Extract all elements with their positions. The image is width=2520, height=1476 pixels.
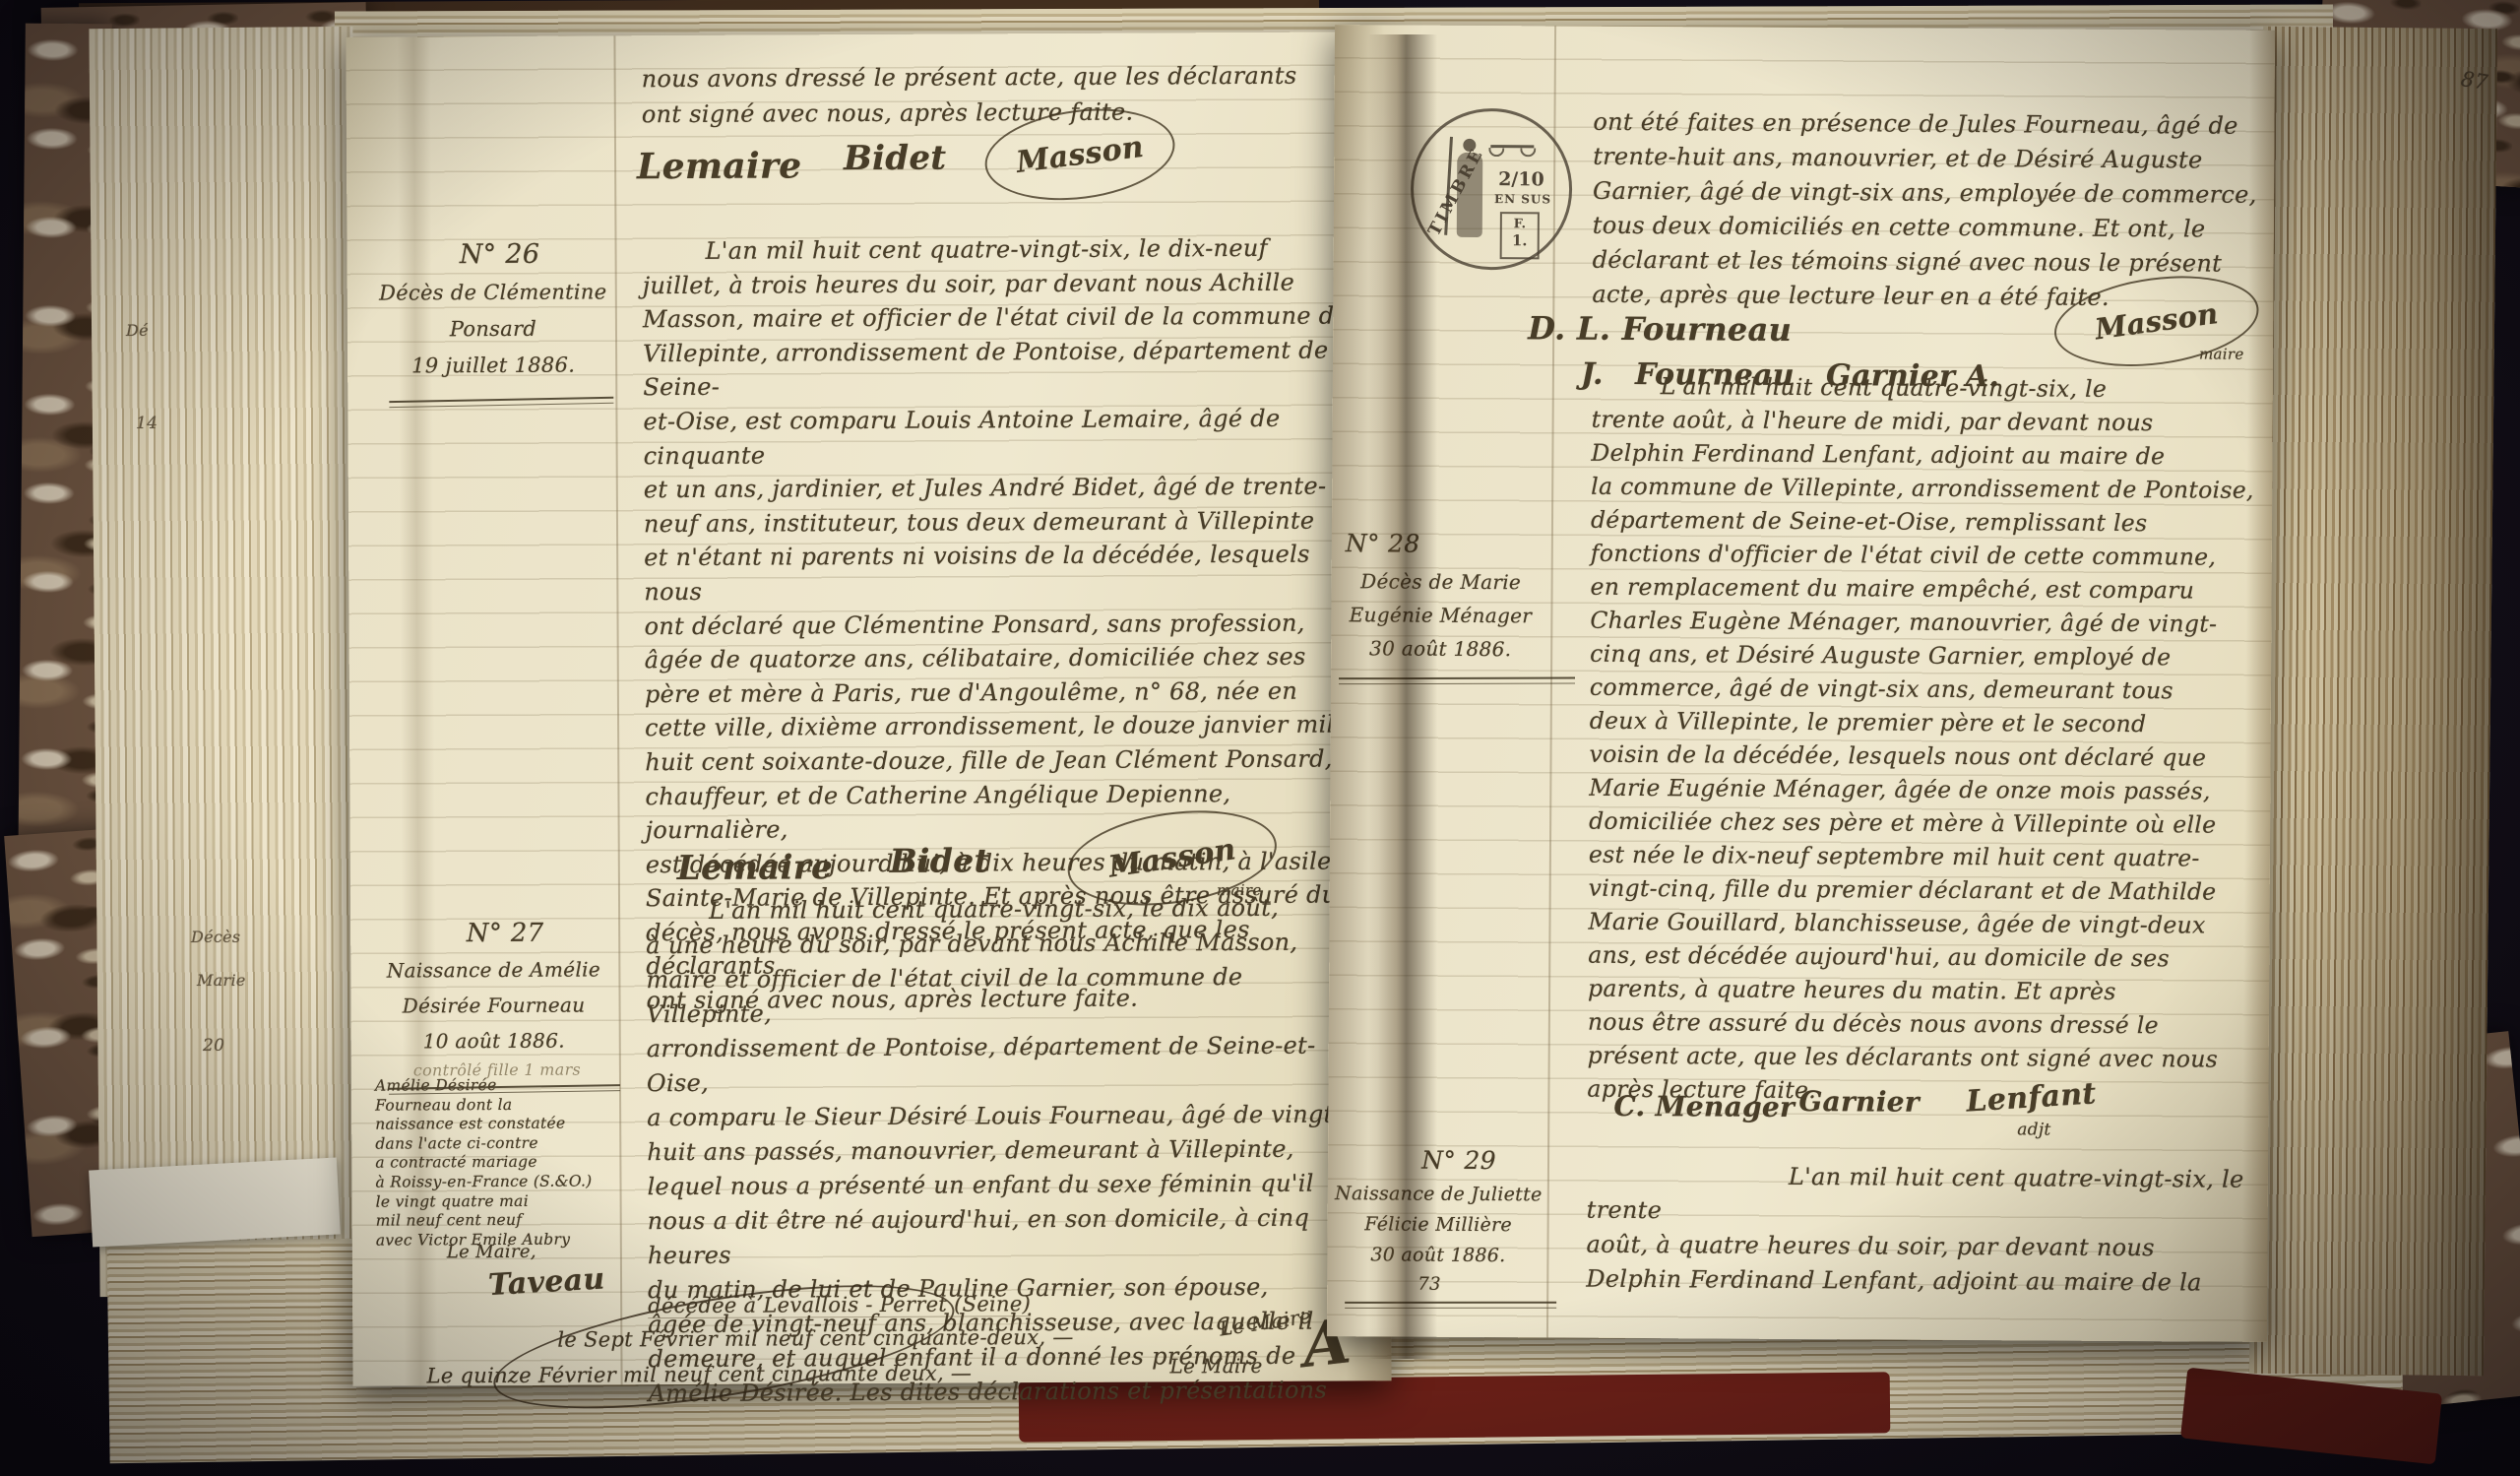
marriage-note-closing: Le Maire, (447, 1242, 536, 1262)
left-page: nous avons dressé le présent acte, que l… (346, 32, 1391, 1386)
signature-masson: Masson (1014, 129, 1145, 179)
death-note-line3: Le quinze Février mil neuf cent cinquant… (426, 1361, 972, 1387)
act29-body: L'an mil huit cent quatre-vingt-six, le … (1586, 1159, 2266, 1301)
act29-number: N° 29 (1375, 1145, 1543, 1175)
page-stack-fore-edge (2249, 27, 2497, 1376)
edge-fragment: 14 (136, 414, 157, 433)
act26-margin-text: Décès de Clémentine Ponsard 19 juillet 1… (361, 274, 626, 384)
act27-number: N° 27 (402, 918, 608, 948)
signature-taveau: Taveau (487, 1261, 605, 1303)
signature-masson-title: maire (2199, 345, 2244, 362)
signature-bidet: Bidet (844, 139, 946, 179)
stamp-ensus: EN SUS (1494, 192, 1551, 206)
register-photo: Dé 14 Décès Marie 20 nous avons dressé l… (0, 0, 2520, 1476)
signature-fourneau-father: D. L. Fourneau (1528, 309, 1792, 349)
signature-lemaire: Lemaire (677, 848, 833, 888)
edge-fragment: 20 (203, 1036, 224, 1056)
margin-divider (1345, 1302, 1556, 1309)
edge-fragment: Décès (191, 928, 240, 946)
page-stack-left (89, 27, 363, 1297)
signature-garnier: Garnier (1798, 1085, 1920, 1119)
edge-fragment: Dé (126, 321, 149, 340)
act27-margin-text: Naissance de Amélie Désirée Fourneau 10 … (360, 951, 627, 1059)
signature-bidet: Bidet (890, 841, 989, 880)
stamp-currency: F. (1502, 217, 1538, 231)
act28-body: L'an mil huit cent quatre-vingt-six, le … (1587, 369, 2271, 1110)
death-note-line2: le Sept Février mil neuf cent cinquante-… (557, 1325, 1073, 1352)
signature-lenfant-title: adjt (2017, 1120, 2050, 1139)
act25-closing-lines: nous avons dressé le présent acte, que l… (642, 57, 1341, 132)
signature-masson: Masson (2093, 296, 2220, 346)
signature-lemaire: Lemaire (637, 145, 802, 187)
signature-masson: Masson (1106, 832, 1238, 884)
signature-lenfant: Lenfant (1965, 1076, 2097, 1119)
act27-marriage-note: Amélie Désirée Fourneau dont la naissanc… (375, 1075, 627, 1251)
justice-head (1463, 139, 1476, 152)
death-note-closing: Le Maire (1169, 1354, 1262, 1378)
justice-figure (1457, 153, 1483, 237)
act28-margin-text: Décès de Marie Eugénie Ménager 30 août 1… (1333, 564, 1548, 666)
scales-pan-left (1488, 148, 1504, 157)
stamp-fraction: 2/10 (1498, 168, 1544, 190)
corner-page-mark: 87 (2459, 67, 2489, 95)
margin-divider (389, 397, 613, 408)
act29-folio-number: 73 (1417, 1274, 1441, 1295)
act26-number: N° 26 (386, 238, 612, 270)
signature-menager: C. Menager (1613, 1090, 1795, 1123)
margin-divider (1339, 677, 1575, 685)
death-note-line1: décédée à Levallois - Perret (Seine) (648, 1292, 1031, 1318)
stamp-value: 1. (1502, 231, 1538, 249)
right-page: TIMBRE 2/10 EN SUS F. 1. ont été faites … (1327, 25, 2275, 1342)
edge-fragment: Marie (197, 971, 246, 990)
timbre-stamp: TIMBRE 2/10 EN SUS F. 1. (1411, 108, 1573, 271)
act28-number: N° 28 (1346, 529, 1543, 558)
stamp-value-box: F. 1. (1500, 212, 1540, 259)
loose-sheet-corner (89, 1157, 341, 1247)
scales-pan-right (1520, 148, 1536, 157)
act29-margin-text: Naissance de Juliette Félicie Millière 3… (1327, 1179, 1549, 1271)
